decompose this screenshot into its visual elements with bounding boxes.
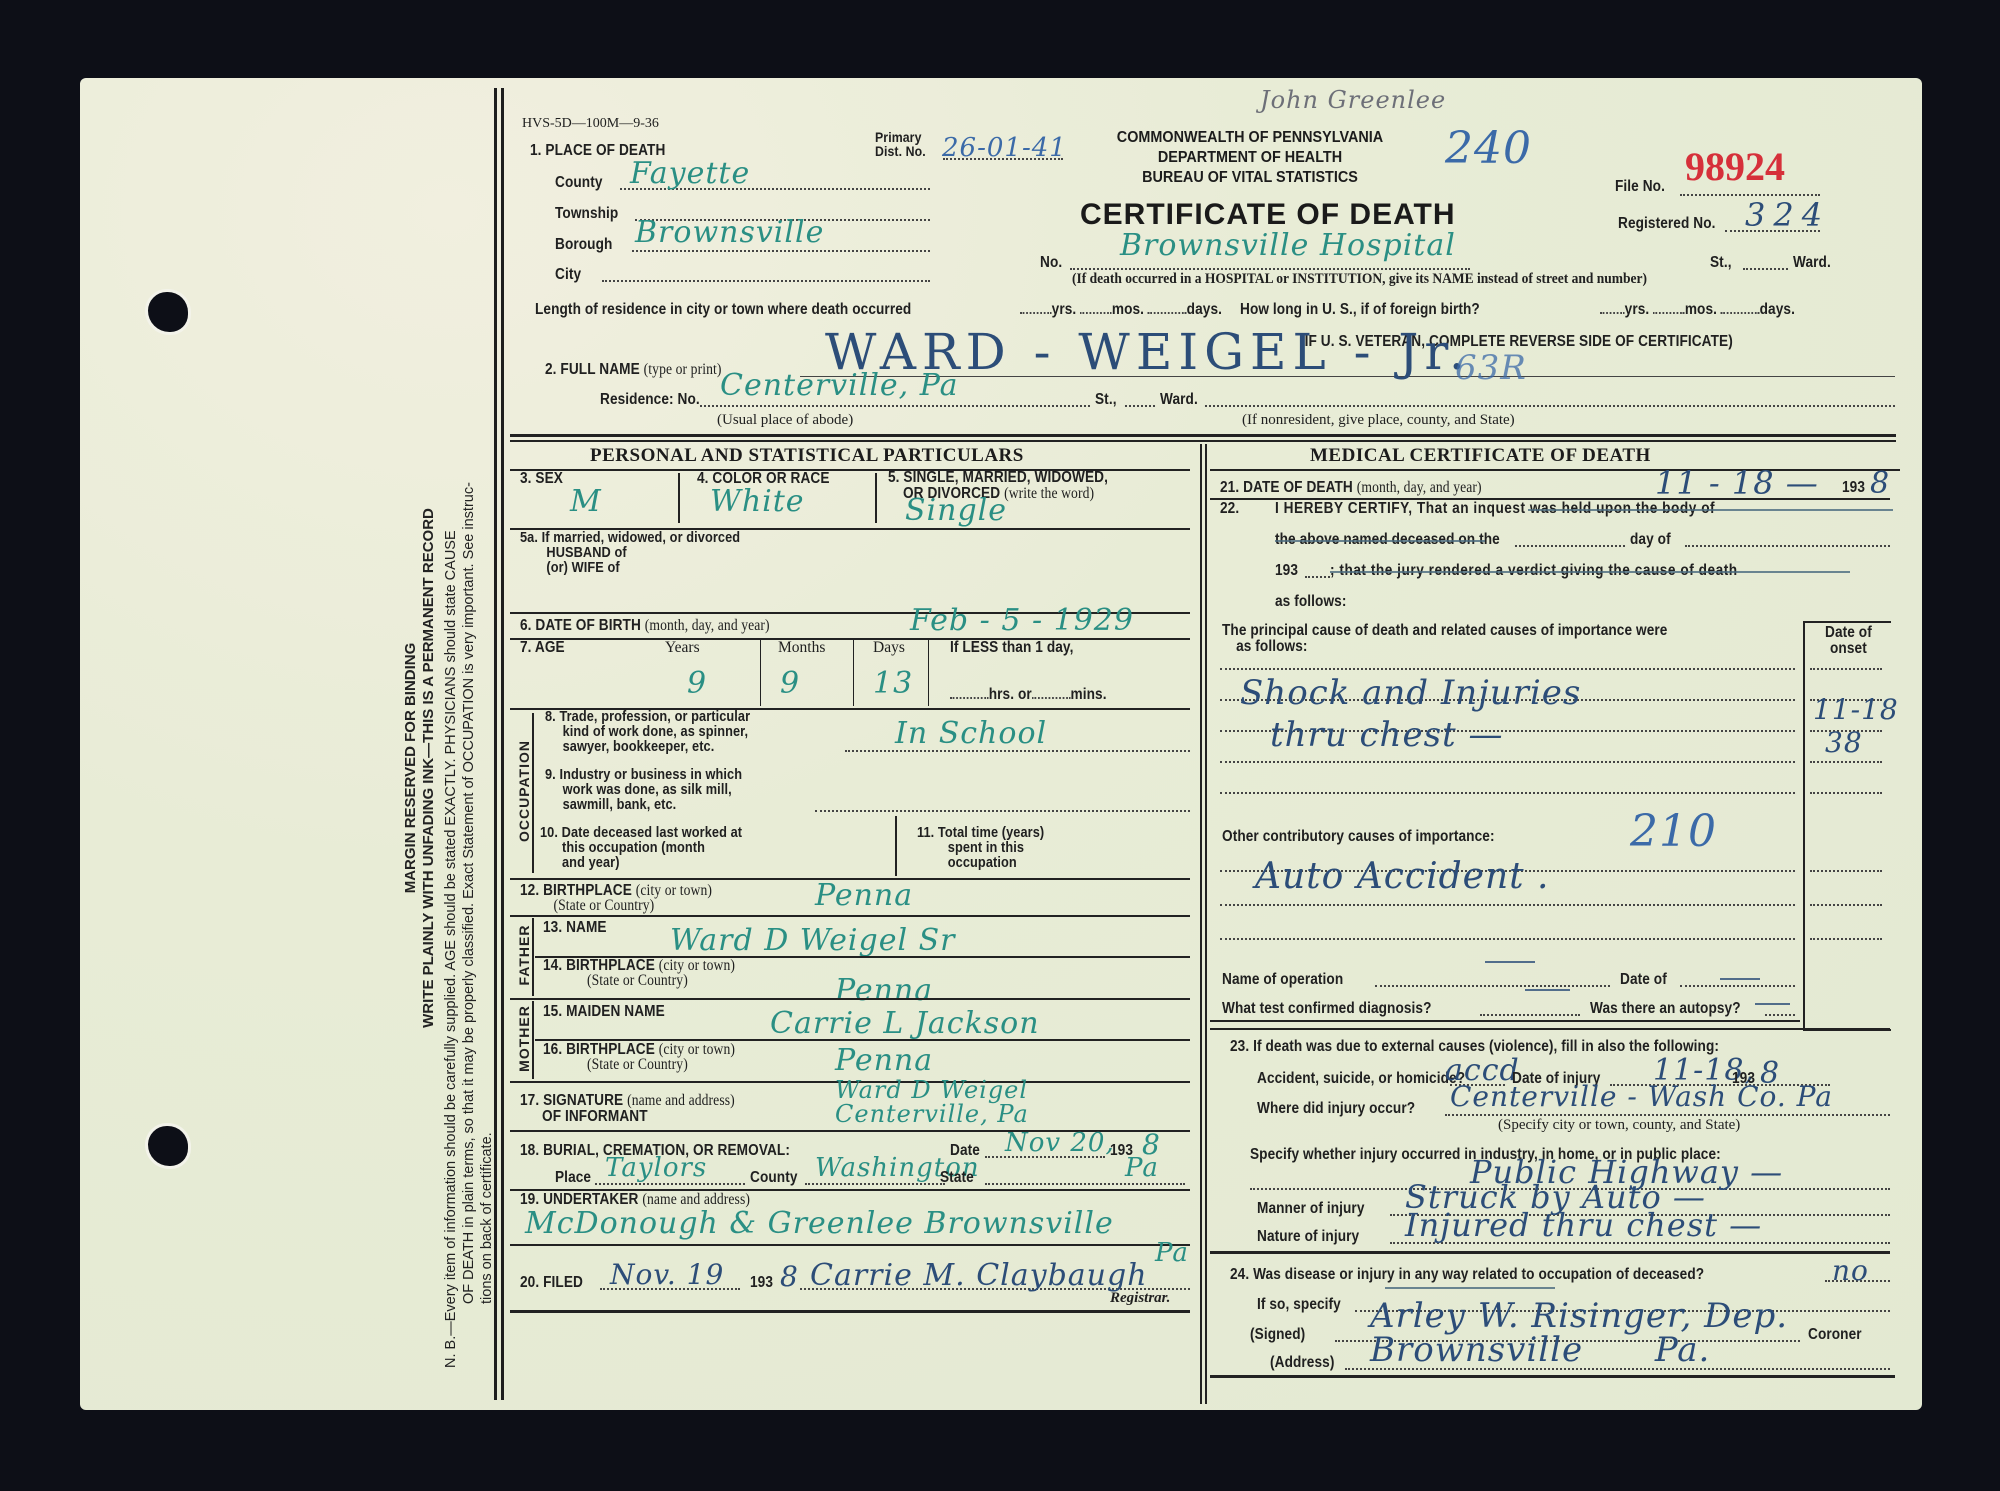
father-birthplace-value: Penna [835,973,933,1008]
primary-dist-label: Primary Dist. No. [875,130,926,158]
punch-hole [148,292,188,332]
personal-section-title: PERSONAL AND STATISTICAL PARTICULARS [590,445,1024,467]
mother-birthplace-value: Penna [835,1043,933,1078]
trade-value: In School [895,716,1047,751]
occupation-side-label: OCCUPATION [515,716,533,866]
death-year-digit: 8 [1870,466,1890,501]
burial-date-value: Nov 20, [1005,1128,1115,1158]
registered-no-label: Registered No. [1618,215,1716,233]
margin-instructions: MARGIN RESERVED FOR BINDING WRITE PLAINL… [402,168,438,1368]
issuer-header: COMMONWEALTH OF PENNSYLVANIA DEPARTMENT … [1115,128,1385,188]
marital-value: Single [905,493,1007,528]
file-no-label: File No. [1615,178,1665,196]
borough-value: Brownsville [635,215,824,250]
age-years-value: 9 [687,666,707,701]
residence-value: Centerville, Pa [720,368,958,403]
name-code: 63R [1455,348,1527,388]
injury-nature-value: Injured thru chest — [1405,1206,1762,1244]
informant-value: Ward D Weigel Centerville, Pa [835,1078,1029,1126]
onset-value-1: 11-18 [1813,693,1899,726]
injury-place-value: Centerville - Wash Co. Pa [1450,1080,1833,1113]
sex-value: M [570,484,602,519]
contributory-cause-value: Auto Accident . [1255,856,1550,897]
death-certificate-page: MARGIN RESERVED FOR BINDING WRITE PLAINL… [80,78,1922,1410]
birthplace-value: Penna [815,878,913,913]
file-number: 98924 [1685,143,1785,190]
margin-note-1: N. B.—Every item of information should b… [442,168,460,1368]
age-months-value: 9 [780,666,800,701]
dob-value: Feb - 5 - 1929 [910,603,1134,638]
coroner-address: Brownsville Pa. [1370,1330,1710,1370]
cause-of-death-line-1: Shock and Injuries [1240,673,1581,713]
cause-of-death-line-2: thru chest — [1270,715,1504,755]
father-side-label: FATHER [515,920,533,990]
registrar-signature: Carrie M. Claybaugh [810,1258,1148,1293]
county-value: Fayette [630,156,750,191]
medical-section-title: MEDICAL CERTIFICATE OF DEATH [1310,445,1651,467]
race-value: White [710,484,805,519]
onset-header: Date of onset [1825,625,1872,657]
certificate-title: CERTIFICATE OF DEATH [1080,198,1456,232]
strikethrough [1528,509,1893,511]
margin-note-2: OF DEATH in plain terms, so that it may … [460,168,478,1368]
age-days-value: 13 [873,666,913,701]
primary-dist-value: 26-01-41 [942,133,1067,163]
occupation-related-value: no [1832,1254,1869,1287]
filed-year-digit: 8 [780,1260,799,1293]
mother-name-value: Carrie L Jackson [770,1006,1040,1041]
undertaker-state-value: Pa [1155,1238,1189,1268]
mother-side-label: MOTHER [515,1001,533,1076]
pencil-annotation: John Greenlee [1260,86,1446,114]
father-name-value: Ward D Weigel Sr [670,923,956,958]
burial-place-value: Taylors [605,1153,707,1183]
margin-note-3: tions on back of certificate. [478,168,496,1368]
binding-line [501,88,504,1400]
institution-value: Brownsville Hospital [1120,228,1456,263]
cause-code: 210 [1630,806,1717,857]
date-of-death-value: 11 - 18 — [1655,464,1819,502]
registered-no-value: 324 [1745,196,1830,234]
filed-date-value: Nov. 19 [610,1258,724,1291]
burial-state-value: Pa [1125,1153,1159,1183]
pen-annotation-240: 240 [1445,123,1532,174]
form-code: HVS-5D—100M—9-36 [522,116,659,132]
undertaker-value: McDonough & Greenlee Brownsville [525,1206,1114,1241]
punch-hole [148,1126,188,1166]
onset-value-2: 38 [1825,726,1863,759]
